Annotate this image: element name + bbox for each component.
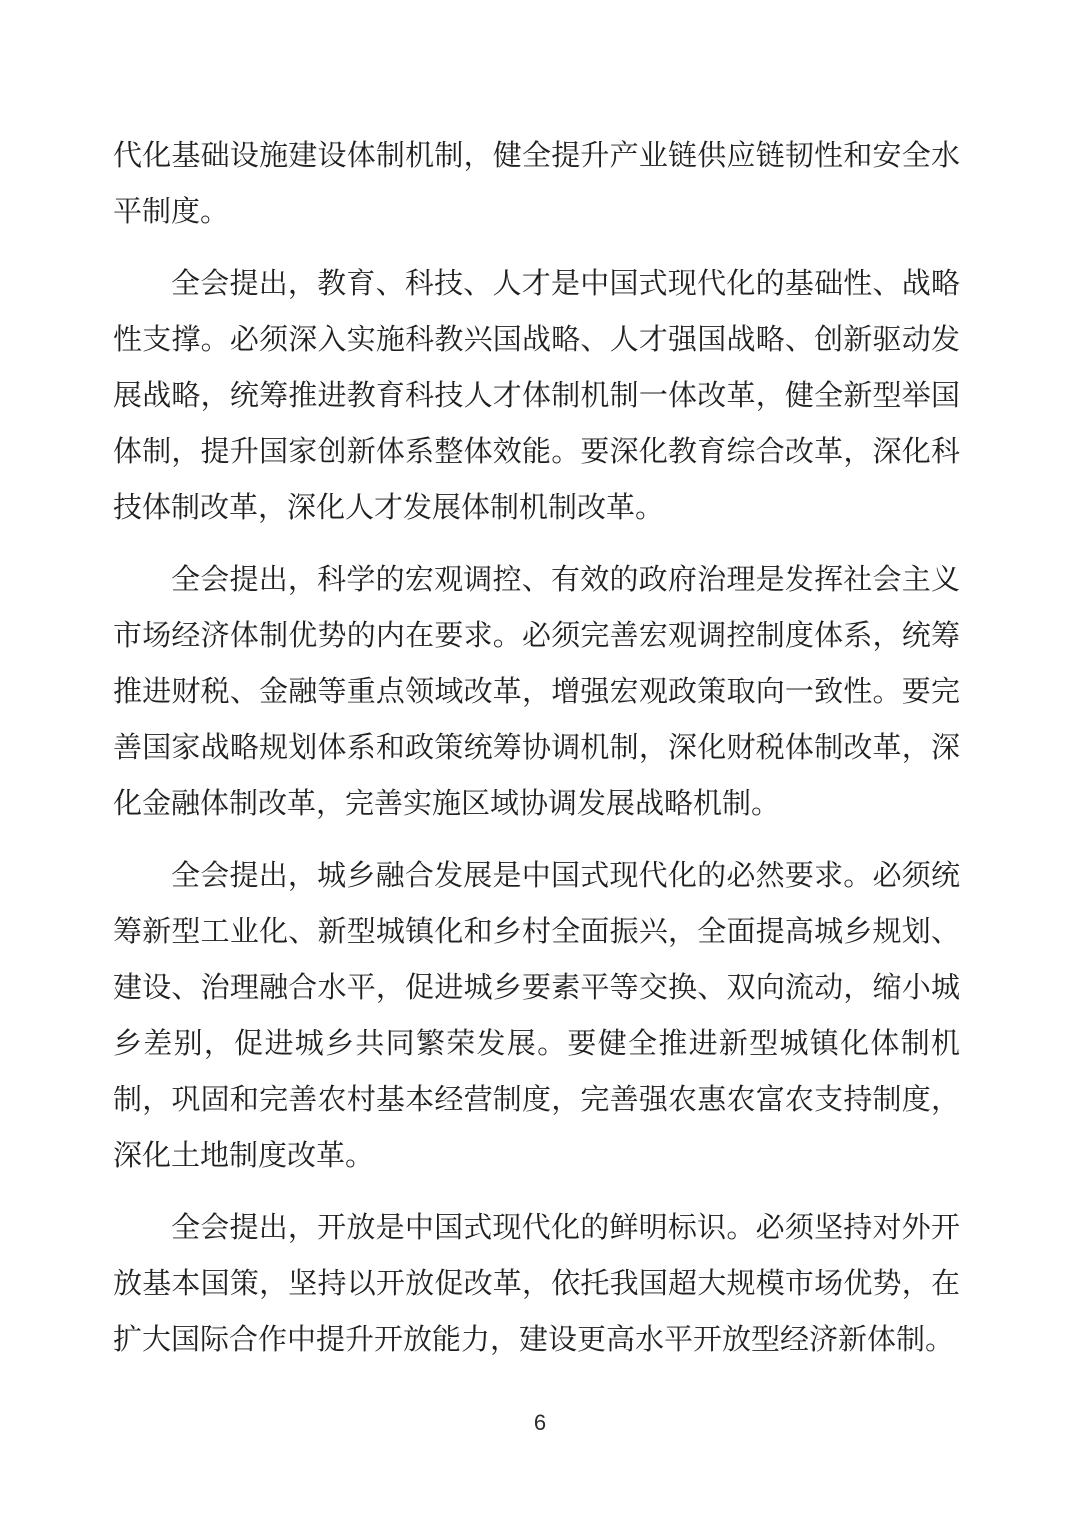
paragraph: 全会提出，城乡融合发展是中国式现代化的必然要求。必须统筹新型工业化、新型城镇化和… (113, 848, 960, 1184)
paragraph: 代化基础设施建设体制机制，健全提升产业链供应链韧性和安全水平制度。 (113, 128, 960, 240)
document-page: 代化基础设施建设体制机制，健全提升产业链供应链韧性和安全水平制度。全会提出，教育… (0, 0, 1080, 1527)
page-footer: 6 (0, 1410, 1080, 1436)
paragraph: 全会提出，开放是中国式现代化的鲜明标识。必须坚持对外开放基本国策，坚持以开放促改… (113, 1200, 960, 1368)
document-body: 代化基础设施建设体制机制，健全提升产业链供应链韧性和安全水平制度。全会提出，教育… (113, 128, 960, 1384)
paragraph: 全会提出，教育、科技、人才是中国式现代化的基础性、战略性支撑。必须深入实施科教兴… (113, 256, 960, 536)
paragraph: 全会提出，科学的宏观调控、有效的政府治理是发挥社会主义市场经济体制优势的内在要求… (113, 552, 960, 832)
page-number: 6 (534, 1410, 546, 1435)
